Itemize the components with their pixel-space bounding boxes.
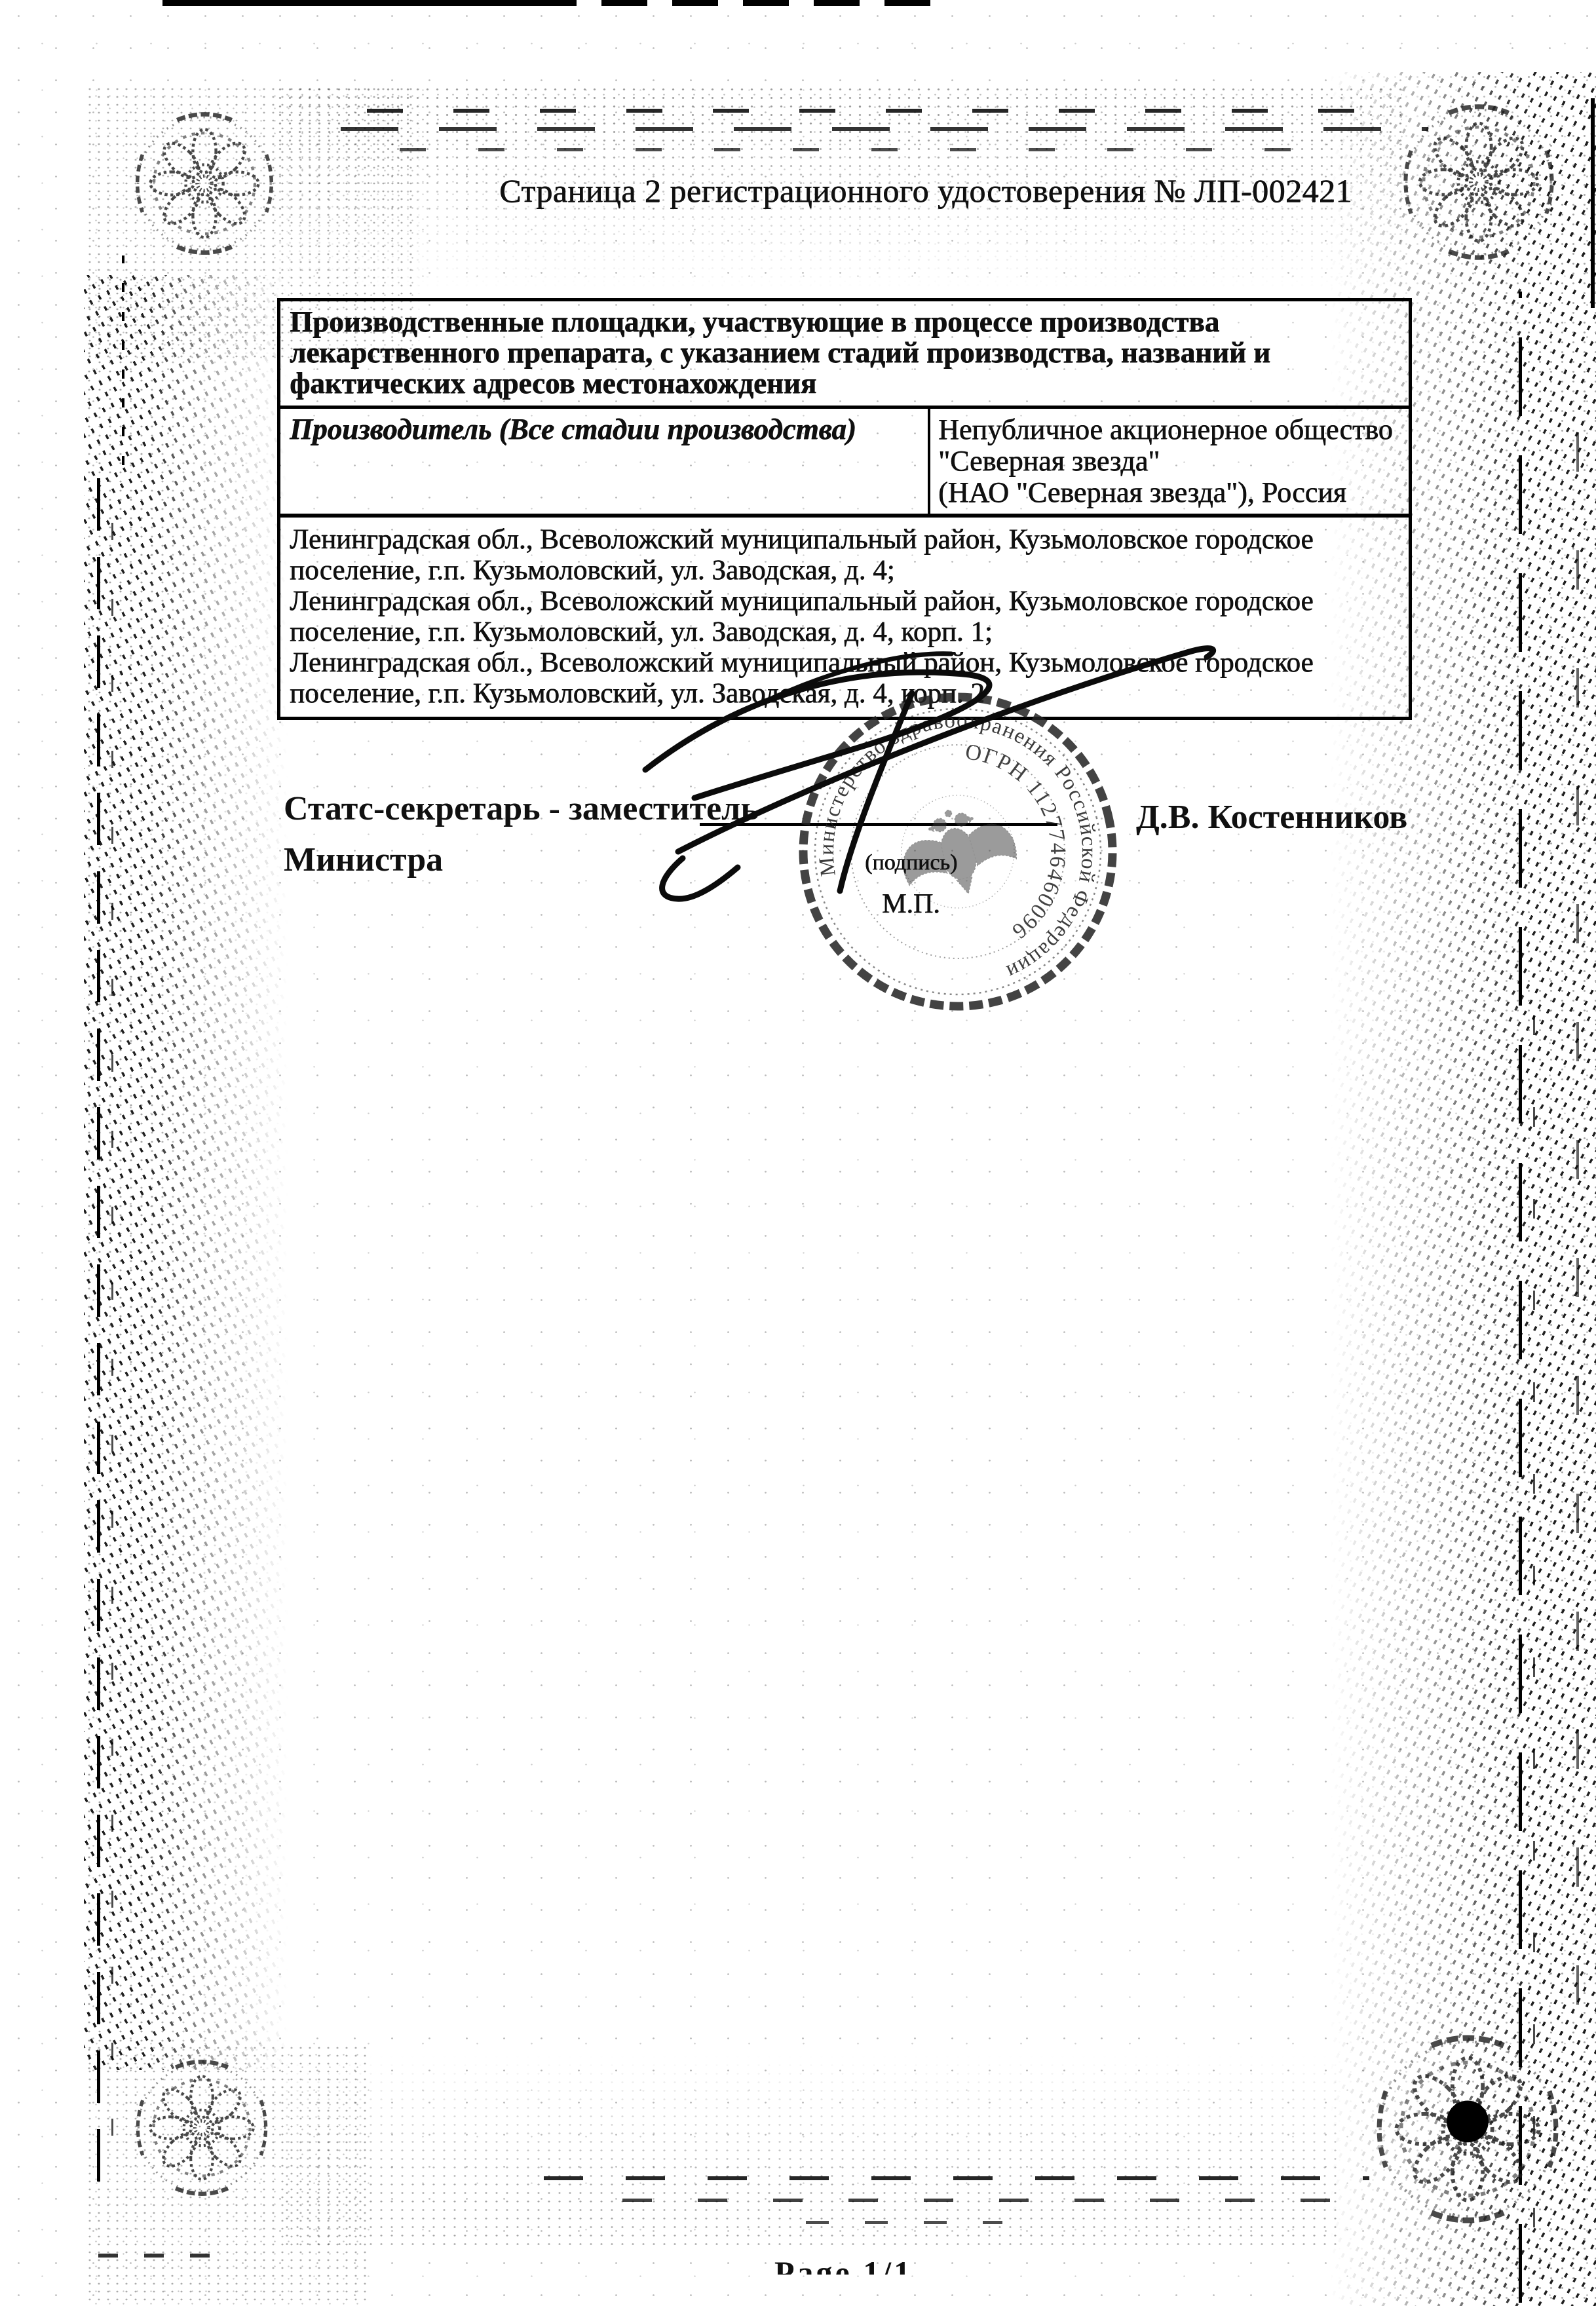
edge-line-right: [1519, 292, 1522, 2303]
edge-line-left: [111, 498, 113, 2136]
page-header: Страница 2 регистрационного удостоверени…: [499, 172, 1352, 210]
corner-ornament-bottom-right: [1373, 2034, 1563, 2224]
scan-artifact-line: [162, 0, 531, 6]
scanned-certificate-page: Страница 2 регистрационного удостоверени…: [0, 0, 1596, 2306]
guilloche-dash-row: [367, 109, 1389, 113]
table-row-producer: Производитель (Все стадии производства) …: [280, 409, 1409, 518]
scan-artifact-dashes: [531, 0, 937, 6]
guilloche-dash-row: [544, 2176, 1369, 2180]
corner-ornament-bottom-left: [133, 2059, 271, 2197]
producer-value-cell: Непубличное акционерное общество "Северн…: [930, 409, 1409, 514]
guilloche-dash-row: [98, 2254, 210, 2258]
handwritten-signature: [590, 622, 1278, 963]
footer-page-label: Page 1/1: [774, 2256, 913, 2275]
corner-ornament-top-right: [1400, 104, 1557, 261]
guilloche-dash-row: [400, 148, 1317, 151]
guilloche-band-bottom: [282, 2044, 1343, 2247]
table-header-cell: Производственные площадки, участвующие в…: [280, 301, 1409, 409]
edge-line-right: [1591, 98, 1595, 308]
guilloche-dash-row: [622, 2199, 1356, 2202]
edge-line-left: [97, 452, 100, 2182]
edge-line-left: [122, 255, 124, 465]
guilloche-band-left: [84, 275, 305, 2070]
producer-label-cell: Производитель (Все стадии производства): [280, 409, 930, 514]
dot-texture: [84, 275, 305, 2070]
dot-texture: [282, 2044, 1343, 2247]
footer-clip: Page 1/1: [774, 2256, 971, 2275]
guilloche-dash-row: [341, 127, 1428, 131]
edge-line-right: [1576, 367, 1579, 2005]
corner-ornament-top-left: [132, 111, 276, 255]
guilloche-dash-row: [806, 2221, 1002, 2224]
